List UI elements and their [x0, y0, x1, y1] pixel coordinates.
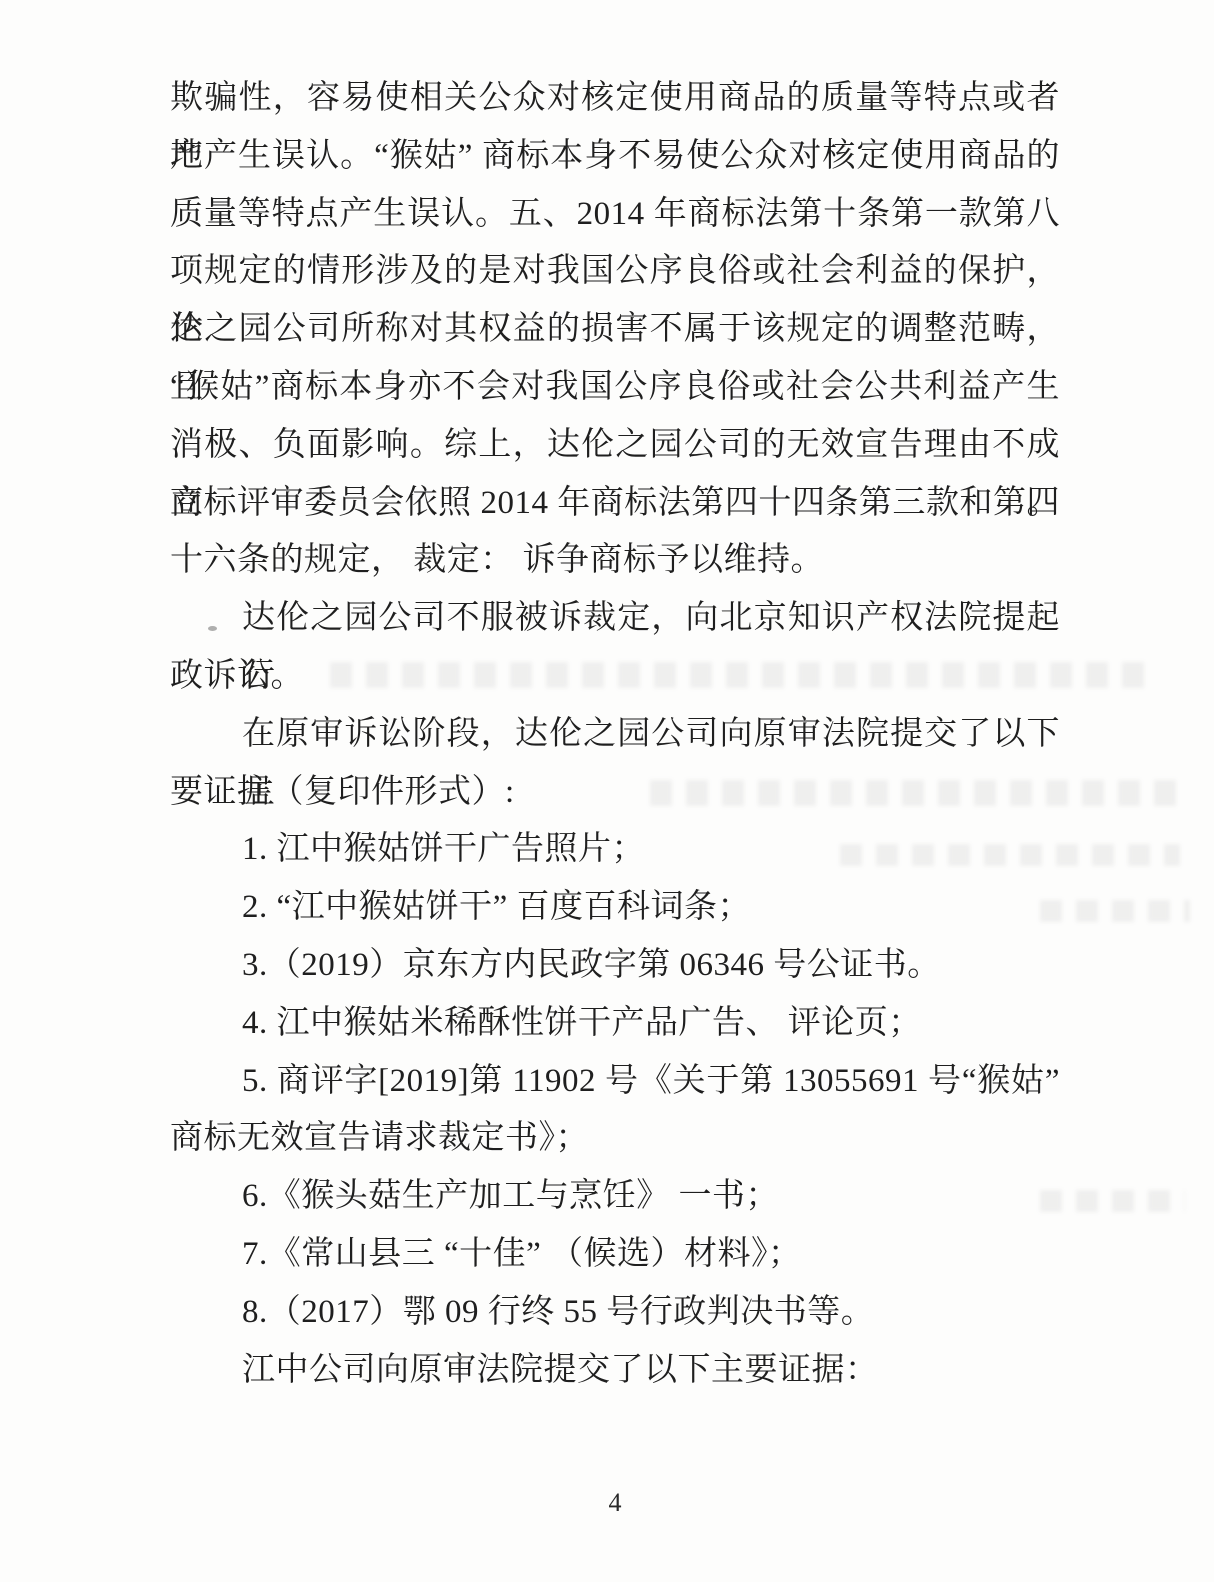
document-page: 欺骗性，容易使相关公众对核定使用商品的质量等特点或者产 地产生误认。“猴姑” 商…: [0, 0, 1214, 1582]
evidence-list-item: 7.《常山县三 “十佳” （候选）材料》；: [170, 1226, 1060, 1284]
text-block: 欺骗性，容易使相关公众对核定使用商品的质量等特点或者产 地产生误认。“猴姑” 商…: [170, 70, 1060, 1399]
scan-bleed-artifact: [1040, 1190, 1185, 1212]
scan-bleed-artifact: [1040, 900, 1190, 922]
text-line: 欺骗性，容易使相关公众对核定使用商品的质量等特点或者产: [170, 70, 1060, 128]
evidence-list-item: 5. 商评字[2019]第 11902 号《关于第 13055691 号“猴姑”: [170, 1053, 1060, 1111]
evidence-list-item: 1. 江中猴姑饼干广告照片；: [170, 821, 1060, 879]
text-line: 项规定的情形涉及的是对我国公序良俗或社会利益的保护，达: [170, 243, 1060, 301]
text-line: 伦之园公司所称对其权益的损害不属于该规定的调整范畴，且: [170, 301, 1060, 359]
text-line: 质量等特点产生误认。五、2014 年商标法第十条第一款第八: [170, 186, 1060, 244]
text-line: 要证据（复印件形式）:: [170, 764, 1060, 822]
text-line: 商标评审委员会依照 2014 年商标法第四十四条第三款和第四: [170, 475, 1060, 533]
text-line: 地产生误认。“猴姑” 商标本身不易使公众对核定使用商品的: [170, 128, 1060, 186]
paragraph-start-line: 江中公司向原审法院提交了以下主要证据：: [170, 1342, 1060, 1400]
evidence-list-item: 4. 江中猴姑米稀酥性饼干产品广告、 评论页；: [170, 995, 1060, 1053]
text-line: 十六条的规定， 裁定： 诉争商标予以维持。: [170, 532, 1060, 590]
text-line: 政诉讼。: [170, 648, 1060, 706]
evidence-list-item: 6.《猴头菇生产加工与烹饪》 一书；: [170, 1168, 1060, 1226]
paragraph-start-line: 达伦之园公司不服被诉裁定，向北京知识产权法院提起行: [170, 590, 1060, 648]
evidence-list-item-continuation: 商标无效宣告请求裁定书》；: [170, 1110, 1060, 1168]
evidence-list-item: 2. “江中猴姑饼干” 百度百科词条；: [170, 879, 1060, 937]
evidence-list-item: 3.（2019）京东方内民政字第 06346 号公证书。: [170, 937, 1060, 995]
text-line: “猴姑”商标本身亦不会对我国公序良俗或社会公共利益产生: [170, 359, 1060, 417]
text-line: 消极、负面影响。综上，达伦之园公司的无效宣告理由不成立。: [170, 417, 1060, 475]
page-number: 4: [170, 1486, 1060, 1520]
paragraph-start-line: 在原审诉讼阶段，达伦之园公司向原审法院提交了以下主: [170, 706, 1060, 764]
evidence-list-item: 8.（2017）鄂 09 行终 55 号行政判决书等。: [170, 1284, 1060, 1342]
